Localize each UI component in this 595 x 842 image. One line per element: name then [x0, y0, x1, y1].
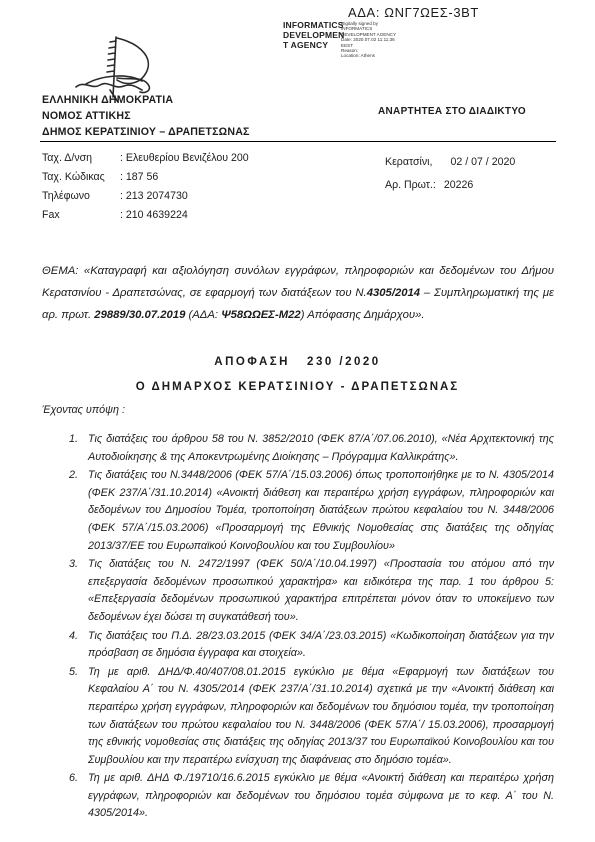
legal-basis-item: 4.Τις διατάξεις του Π.Δ. 28/23.03.2015 (…	[42, 628, 554, 663]
legal-item-text: Τη με αριθ. ΔΗΔ/Φ.40/407/08.01.2015 εγκύ…	[88, 664, 554, 770]
document-page: ΑΔΑ: ΩΝΓ7ΩΕΣ-3ΒΤ INFORMATICSDEVELOPMENT …	[0, 0, 595, 842]
text-line: Date: 2020.07.02 11:11:36	[341, 37, 396, 42]
legal-basis-item: 2.Τις διατάξεις του Ν.3448/2006 (ΦΕΚ 57/…	[42, 467, 554, 555]
protocol-number-row: Αρ. Πρωτ.: 20226	[385, 179, 515, 191]
header-divider	[40, 141, 556, 142]
having-regard-label: Έχοντας υπόψη :	[42, 404, 125, 416]
contact-label: Τηλέφωνο	[42, 190, 120, 202]
contact-value: : Ελευθερίου Βενιζέλου 200	[120, 152, 249, 164]
contact-row: Ταχ. Δ/νση: Ελευθερίου Βενιζέλου 200	[42, 152, 249, 171]
legal-item-text: Τις διατάξεις του Ν. 2472/1997 (ΦΕΚ 50/Α…	[88, 556, 554, 626]
protocol-number-label: Αρ. Πρωτ.:	[385, 179, 436, 191]
contact-label: Ταχ. Κώδικας	[42, 171, 120, 183]
decision-subtitle: Ο ΔΗΜΑΡΧΟΣ ΚΕΡΑΤΣΙΝΙΟΥ - ΔΡΑΠΕΤΣΩΝΑΣ	[0, 381, 595, 393]
subject-bold-segment: Ψ58ΩΩΕΣ-Μ22	[221, 309, 301, 321]
contact-value: : 213 2074730	[120, 190, 188, 202]
decision-title: ΑΠΟΦΑΣΗ 230 /2020	[0, 356, 595, 368]
protocol-number: 20226	[444, 179, 473, 191]
legal-basis-item: 1.Τις διατάξεις του άρθρου 58 του Ν. 385…	[42, 431, 554, 466]
contact-row: Fax: 210 4639224	[42, 209, 249, 228]
legal-basis-list: 1.Τις διατάξεις του άρθρου 58 του Ν. 385…	[42, 431, 554, 824]
legal-item-text: Τις διατάξεις του άρθρου 58 του Ν. 3852/…	[88, 431, 554, 466]
legal-item-text: Τις διατάξεις του Π.Δ. 28/23.03.2015 (ΦΕ…	[88, 628, 554, 663]
digital-signature-stamp: INFORMATICSDEVELOPMENT AGENCY Digitally …	[283, 20, 443, 50]
legal-item-number: 3.	[42, 556, 88, 626]
text-line: ΕΛΛΗΝΙΚΗ ΔΗΜΟΚΡΑΤΙΑ	[42, 92, 250, 108]
date: 02 / 07 / 2020	[450, 156, 515, 168]
subject-bold-segment: 29889/30.07.2019	[94, 309, 185, 321]
legal-basis-item: 6.Τη με αριθ. ΔΗΔ Φ./19710/16.6.2015 εγκ…	[42, 770, 554, 823]
subject-segment: (ΑΔΑ:	[185, 309, 221, 321]
contact-value: : 210 4639224	[120, 209, 188, 221]
legal-item-number: 1.	[42, 431, 88, 466]
legal-item-text: Τις διατάξεις του Ν.3448/2006 (ΦΕΚ 57/Α΄…	[88, 467, 554, 555]
ada-label: ΑΔΑ:	[348, 5, 380, 20]
text-line: ΝΟΜΟΣ ΑΤΤΙΚΗΣ	[42, 108, 250, 124]
contact-label: Fax	[42, 209, 120, 221]
ada-code: ΩΝΓ7ΩΕΣ-3ΒΤ	[384, 5, 479, 20]
ada-code-line: ΑΔΑ: ΩΝΓ7ΩΕΣ-3ΒΤ	[348, 5, 479, 20]
place-date-row: Κερατσίνι, 02 / 07 / 2020	[385, 156, 515, 168]
place: Κερατσίνι,	[385, 156, 432, 168]
text-line: Location: Athens	[341, 53, 396, 58]
contact-label: Ταχ. Δ/νση	[42, 152, 120, 164]
subject-segment: ) Απόφασης Δημάρχου».	[301, 309, 425, 321]
signature-details: Digitally signed byINFORMATICSDEVELOPMEN…	[341, 21, 396, 59]
text-line: ΔΗΜΟΣ ΚΕΡΑΤΣΙΝΙΟΥ – ΔΡΑΠΕΤΣΩΝΑΣ	[42, 124, 250, 140]
legal-item-number: 2.	[42, 467, 88, 555]
posted-online-notice: ΑΝΑΡΤΗΤΕΑ ΣΤΟ ΔΙΑΔΙΚΤΥΟ	[378, 106, 526, 117]
legal-item-number: 6.	[42, 770, 88, 823]
legal-item-number: 4.	[42, 628, 88, 663]
contact-row: Ταχ. Κώδικας: 187 56	[42, 171, 249, 190]
subject-bold-segment: 4305/2014	[367, 287, 420, 299]
legal-item-text: Τη με αριθ. ΔΗΔ Φ./19710/16.6.2015 εγκύκ…	[88, 770, 554, 823]
contact-block: Ταχ. Δ/νση: Ελευθερίου Βενιζέλου 200Ταχ.…	[42, 152, 249, 228]
protocol-block: Κερατσίνι, 02 / 07 / 2020 Αρ. Πρωτ.: 202…	[385, 156, 515, 191]
legal-basis-item: 5.Τη με αριθ. ΔΗΔ/Φ.40/407/08.01.2015 εγ…	[42, 664, 554, 770]
organisation-header: ΕΛΛΗΝΙΚΗ ΔΗΜΟΚΡΑΤΙΑΝΟΜΟΣ ΑΤΤΙΚΗΣΔΗΜΟΣ ΚΕ…	[42, 92, 250, 140]
contact-row: Τηλέφωνο: 213 2074730	[42, 190, 249, 209]
legal-basis-item: 3.Τις διατάξεις του Ν. 2472/1997 (ΦΕΚ 50…	[42, 556, 554, 626]
legal-item-number: 5.	[42, 664, 88, 770]
subject-paragraph: ΘΕΜΑ: «Καταγραφή και αξιολόγηση συνόλων …	[42, 260, 554, 326]
contact-value: : 187 56	[120, 171, 158, 183]
